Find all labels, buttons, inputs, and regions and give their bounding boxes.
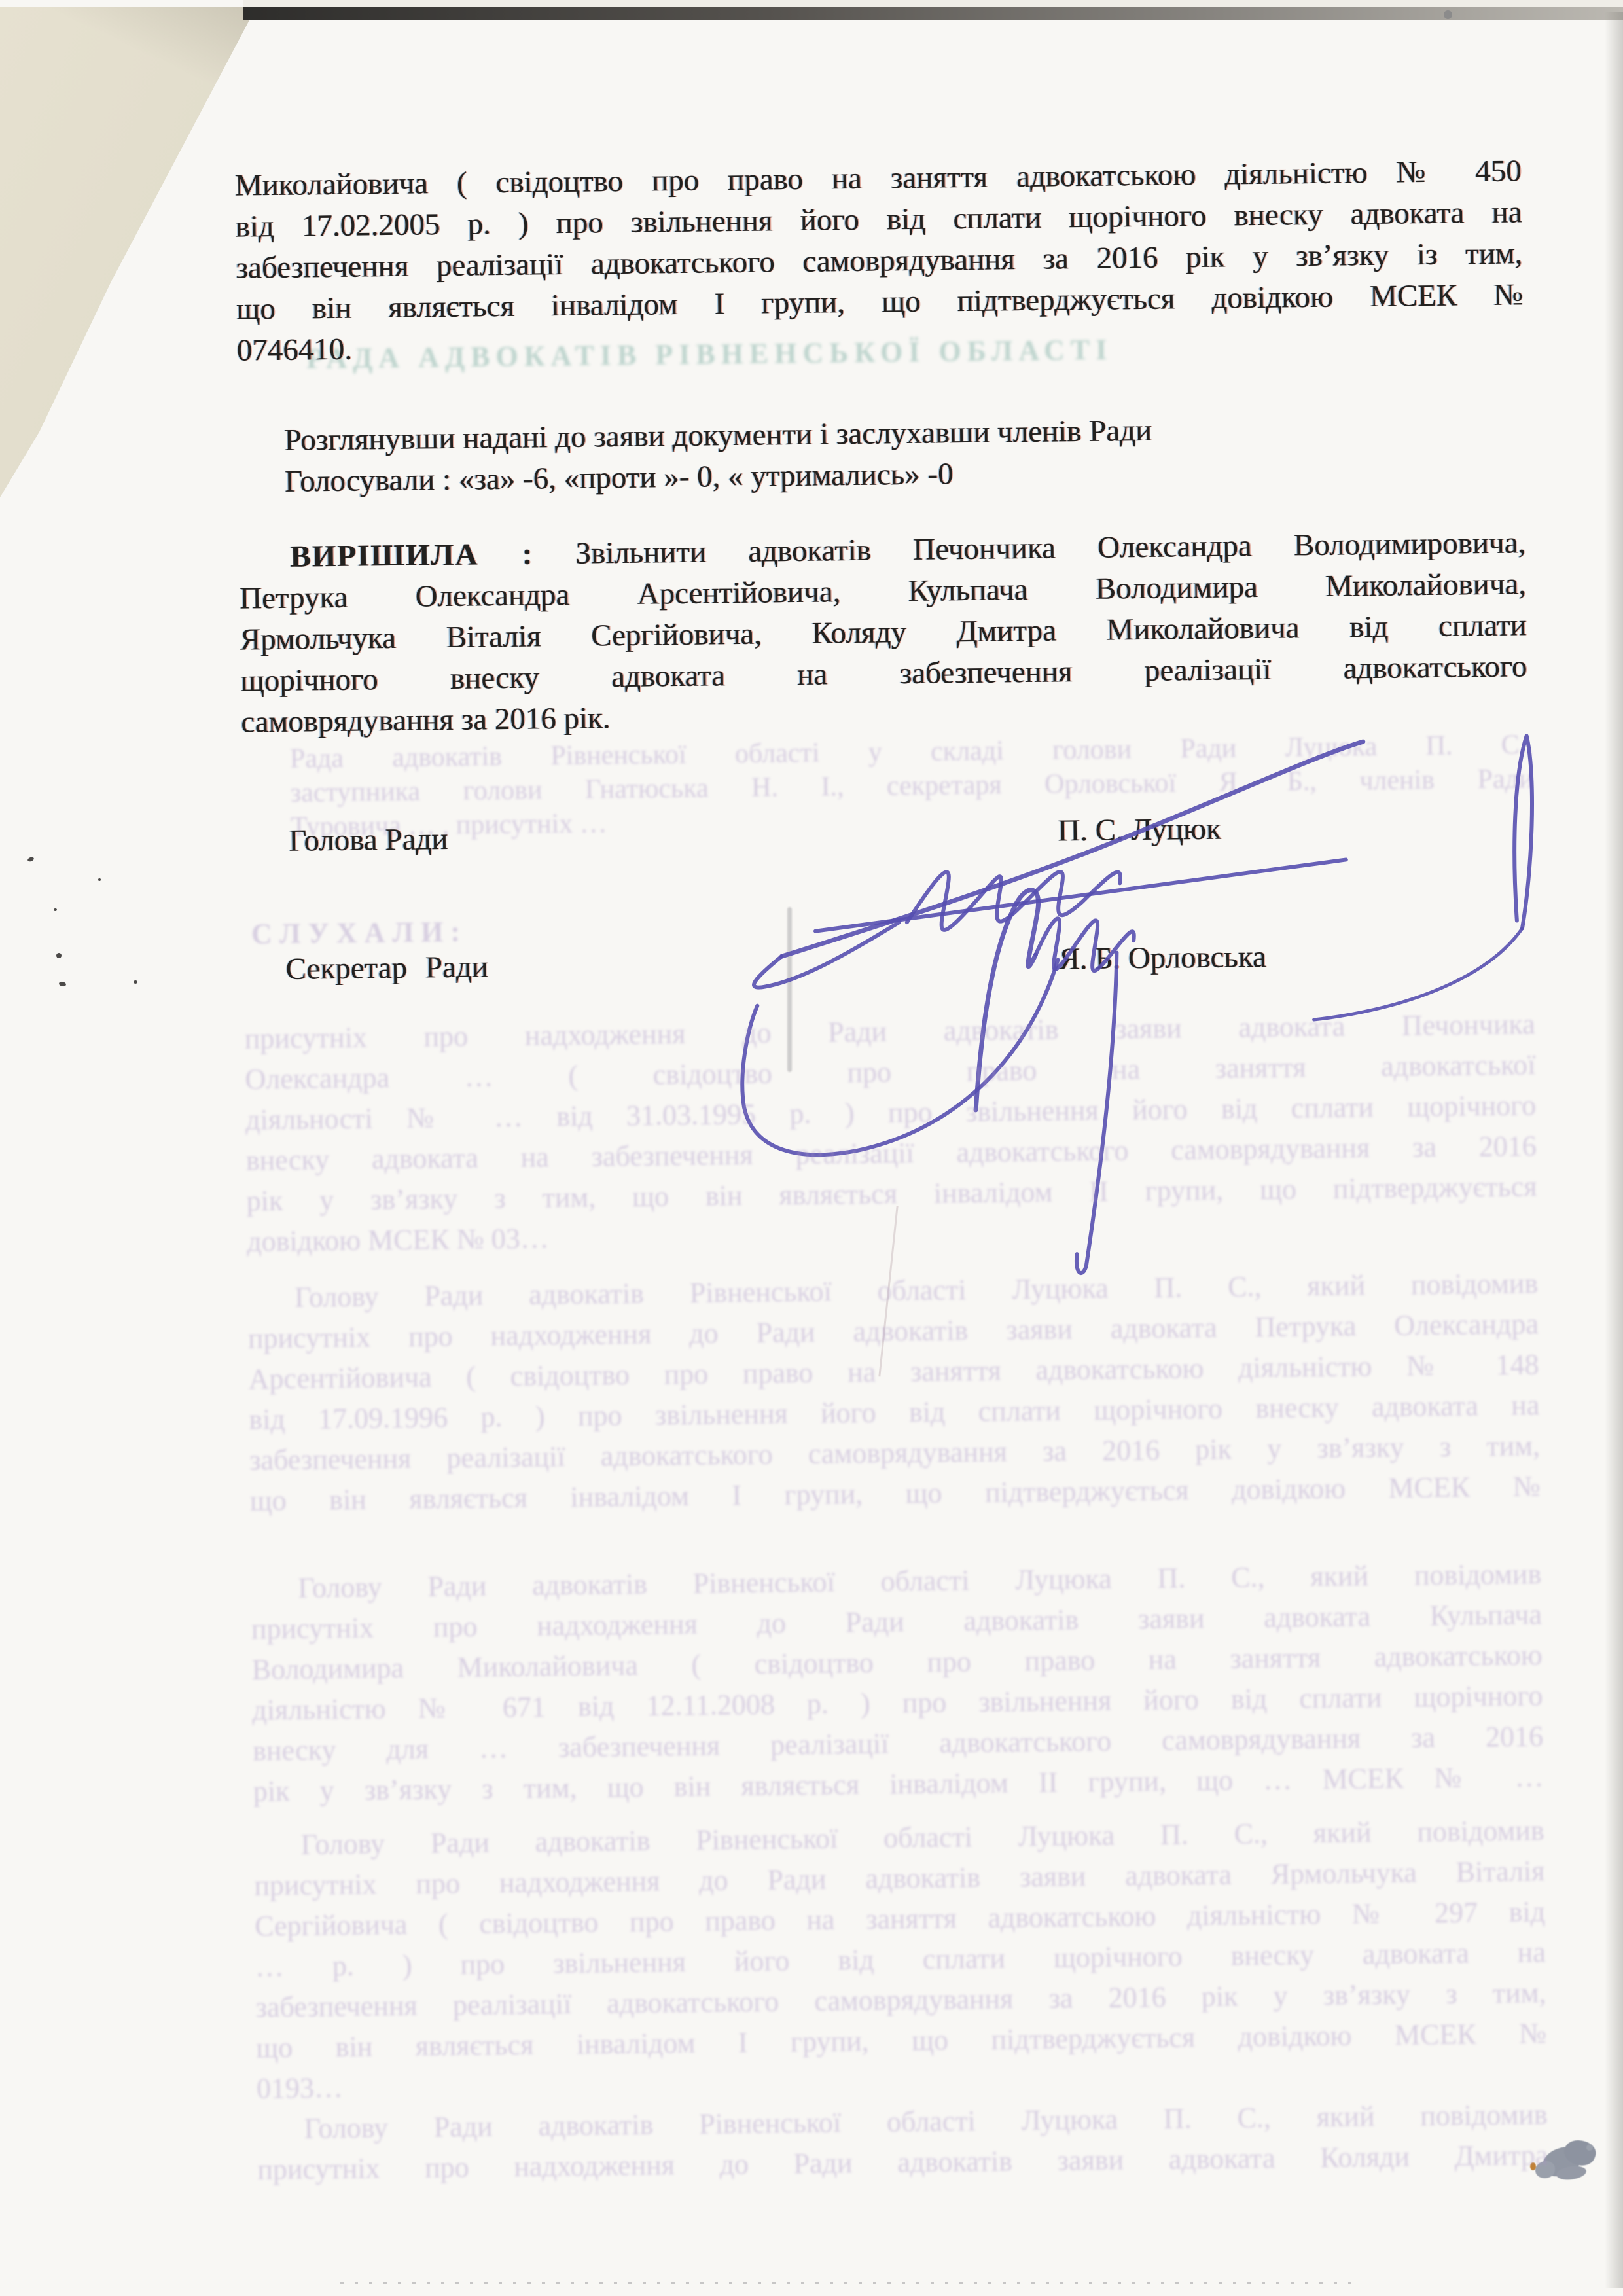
ghost-paragraph: Голову Ради адвокатів Рівненської област… — [257, 2094, 1548, 2190]
ghost-paragraph: Голову Ради адвокатів Рівненської област… — [251, 1554, 1544, 1812]
chair-signature-ink — [751, 736, 1535, 1026]
ghost-paragraph: присутніх про надходження до Ради адвока… — [244, 1004, 1537, 1262]
scanned-document-page: РАДА АДВОКАТІВ РІВНЕНСЬКОЇ ОБЛАСТІ Микол… — [0, 0, 1623, 2296]
ghost-paragraph: Голову Ради адвокатів Рівненської област… — [247, 1263, 1541, 1521]
ghost-paragraph: Голову Ради адвокатів Рівненської област… — [253, 1810, 1547, 2109]
page-content-layer: РАДА АДВОКАТІВ РІВНЕНСЬКОЇ ОБЛАСТІ Микол… — [0, 0, 1623, 2296]
